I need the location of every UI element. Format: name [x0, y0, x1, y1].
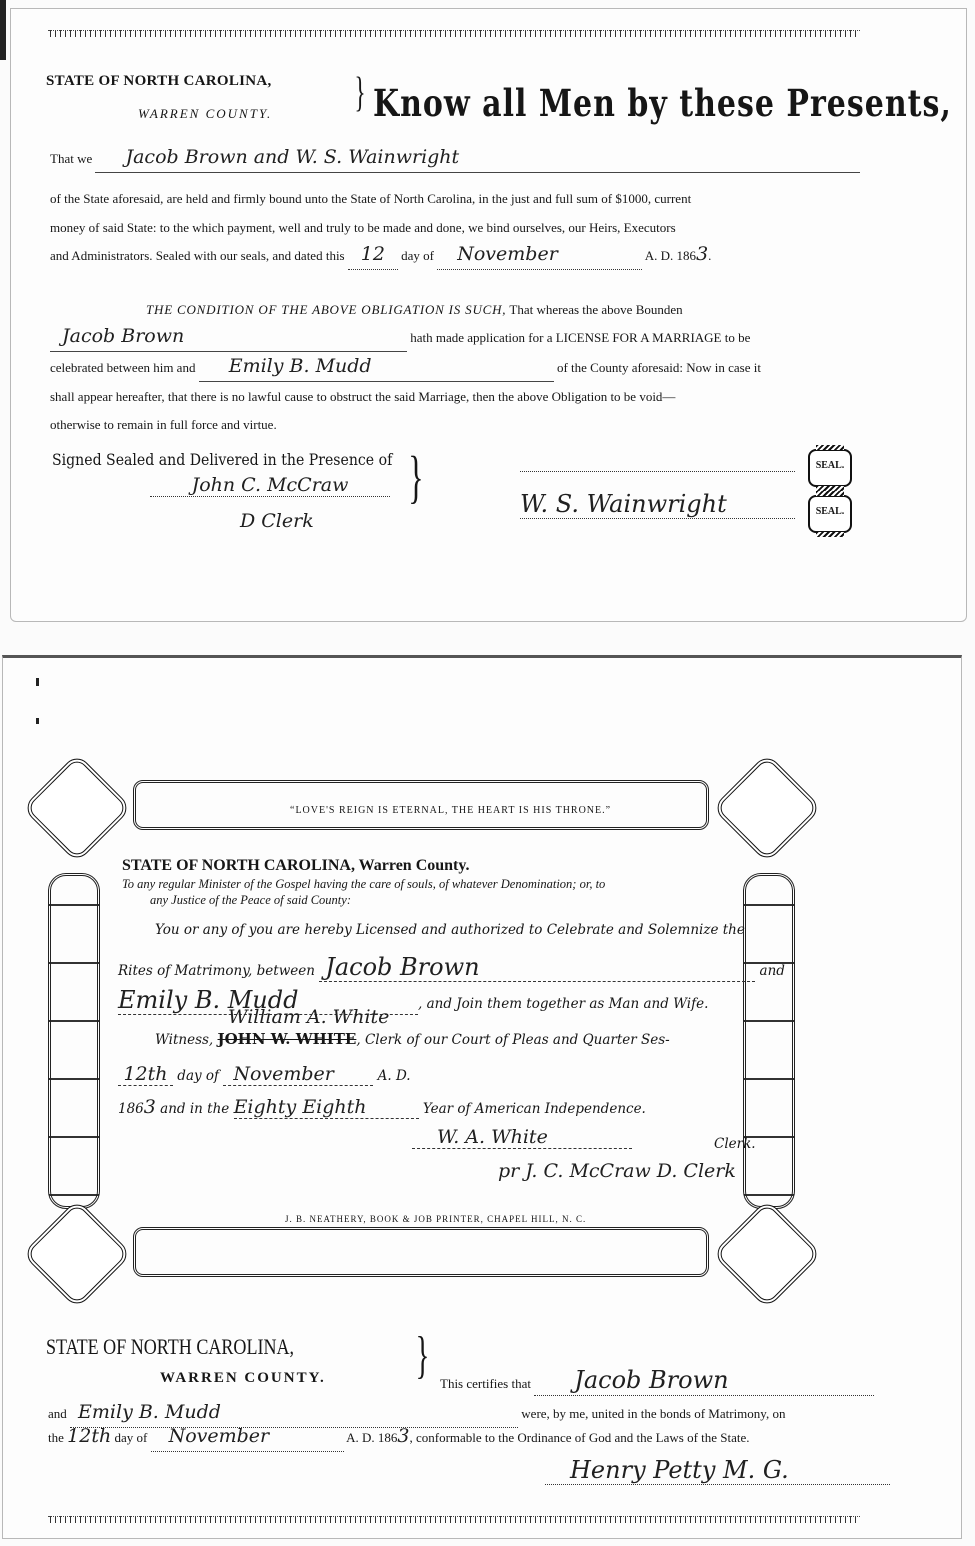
witness-label: Witness,	[155, 1032, 213, 1048]
conformable-text: , conformable to the Ordinance of God an…	[409, 1430, 749, 1445]
clerk-sig-label: Clerk.	[714, 1136, 756, 1152]
bond-line-1: of the State aforesaid, are held and fir…	[50, 184, 691, 213]
margin-marks-2	[36, 718, 39, 724]
license-witness-line: Witness, JOHN W. WHITE, Clerk of our Cou…	[155, 1030, 670, 1048]
license-rites-line: Rites of Matrimony, between Jacob Brown …	[118, 953, 785, 982]
license-sessions-line: 12th day of November A. D.	[118, 1063, 411, 1086]
seal-icon-1: SEAL.	[808, 449, 852, 487]
applicant-rest: hath made application for a LICENSE FOR …	[410, 330, 750, 345]
printer-imprint: J. B. NEATHERY, BOOK & JOB PRINTER, CHAP…	[285, 1214, 586, 1224]
margin-marks	[36, 678, 39, 686]
license-day-field[interactable]: 12th	[118, 1063, 173, 1086]
year-prefix: 186	[118, 1101, 144, 1117]
left-edge-mark	[0, 0, 6, 60]
license-year-line: 1863 and in the Eighty Eighth Year of Am…	[118, 1096, 646, 1119]
witness-title: D Clerk	[240, 510, 314, 532]
top-wavy-rule	[48, 30, 860, 37]
and-label: and	[760, 963, 785, 979]
bond-title: Know all Men by these Presents,	[373, 82, 952, 126]
independence-rest: Year of American Independence.	[423, 1101, 646, 1117]
bottom-wavy-rule	[48, 1516, 860, 1523]
cert-day-label: day of	[114, 1430, 147, 1445]
clerk-signature[interactable]: W. A. White	[412, 1126, 632, 1149]
united-label: were, by me, united in the bonds of Matr…	[521, 1406, 785, 1421]
rites-label: Rites of Matrimony, between	[118, 963, 315, 979]
frame-corner-top-left	[22, 753, 132, 863]
license-year-digit[interactable]: 3	[144, 1096, 156, 1118]
that-we-line: That we Jacob Brown and W. S. Wainwright	[50, 143, 860, 173]
bond-line-3: and Administrators. Sealed with our seal…	[50, 240, 711, 270]
clerk-rest: Clerk of our Court of Pleas and Quarter …	[365, 1032, 670, 1048]
cert-month-field[interactable]: November	[151, 1422, 344, 1452]
cert-day-field[interactable]: 12th	[67, 1425, 111, 1447]
applicant-field[interactable]: Jacob Brown	[50, 322, 407, 352]
bond-year-digit[interactable]: 3	[696, 243, 708, 265]
frame-left-scroll	[48, 873, 100, 1209]
ad-label: A. D. 186	[645, 248, 696, 263]
year-rest: and in the	[160, 1101, 229, 1117]
condition-line: THE CONDITION OF THE ABOVE OBLIGATION IS…	[146, 295, 683, 324]
join-label: , and Join them together as Man and Wife…	[418, 996, 708, 1012]
frame-bottom-band	[133, 1227, 709, 1277]
condition-caps: THE CONDITION OF THE ABOVE OBLIGATION IS…	[146, 302, 506, 317]
cert-the-label: the	[48, 1430, 64, 1445]
cert-date-line: the 12th day of November A. D. 1863, con…	[48, 1422, 750, 1452]
signature-1-line[interactable]	[520, 470, 795, 472]
independence-field[interactable]: Eighty Eighth	[234, 1096, 419, 1119]
officiant-signature[interactable]: Henry Petty M. G.	[545, 1456, 890, 1485]
license-p1: You or any of you are hereby Licensed an…	[155, 922, 745, 938]
bond-day-field[interactable]: 12	[348, 240, 398, 270]
bond-county: WARREN COUNTY.	[138, 106, 272, 122]
license-heading: STATE OF NORTH CAROLINA, Warren County.	[122, 857, 469, 875]
frame-right-scroll	[743, 873, 795, 1209]
applicant-line: Jacob Brown hath made application for a …	[50, 322, 750, 352]
virtue-line: otherwise to remain in full force and vi…	[50, 410, 277, 439]
between-rest: of the County aforesaid: Now in case it	[557, 360, 761, 375]
bond-bride-field[interactable]: Emily B. Mudd	[199, 352, 554, 382]
deputy-signature[interactable]: pr J. C. McCraw D. Clerk	[498, 1160, 736, 1182]
between-line: celebrated between him and Emily B. Mudd…	[50, 352, 761, 382]
license-ad-label: A. D.	[378, 1068, 411, 1084]
clerk-printed-name: JOHN W. WHITE	[218, 1030, 357, 1048]
condition-rest: That whereas the above Bounden	[509, 302, 682, 317]
certifies-label: This certifies that	[440, 1376, 531, 1391]
signed-brace: }	[408, 448, 423, 506]
witness-signature[interactable]: John C. McCraw	[150, 474, 390, 497]
seal-icon-2: SEAL.	[808, 495, 852, 533]
license-groom-field[interactable]: Jacob Brown	[319, 953, 755, 982]
signed-label: Signed Sealed and Delivered in the Prese…	[52, 450, 392, 469]
license-address-2: any Justice of the Peace of said County:	[150, 893, 351, 908]
cert-year-digit[interactable]: 3	[397, 1425, 409, 1447]
that-we-label: That we	[50, 151, 92, 166]
license-day-label: day of	[177, 1068, 219, 1084]
license-bride-line: Emily B. Mudd, and Join them together as…	[118, 986, 708, 1015]
signature-2-field[interactable]: W. S. Wainwright	[520, 490, 795, 519]
license-address-1: To any regular Minister of the Gospel ha…	[122, 877, 605, 892]
license-motto: “LOVE'S REIGN IS ETERNAL, THE HEART IS H…	[290, 805, 611, 816]
obligors-field[interactable]: Jacob Brown and W. S. Wainwright	[95, 143, 860, 173]
cert-state-header: STATE OF NORTH CAROLINA,	[46, 1334, 294, 1360]
cert-county: WARREN COUNTY.	[160, 1370, 326, 1387]
cert-ad-label: A. D. 186	[346, 1430, 397, 1445]
day-of-label: day of	[401, 248, 434, 263]
lawful-line: shall appear hereafter, that there is no…	[50, 382, 675, 411]
cert-brace: }	[416, 1330, 430, 1382]
cert-certifies-line: This certifies that Jacob Brown	[440, 1366, 874, 1398]
license-month-field[interactable]: November	[223, 1063, 373, 1086]
between-label: celebrated between him and	[50, 360, 195, 375]
bond-line-2: money of said State: to the which paymen…	[50, 213, 676, 242]
bond-month-field[interactable]: November	[437, 240, 642, 270]
cert-and-label: and	[48, 1406, 67, 1421]
frame-corner-bottom-left	[22, 1199, 132, 1309]
dated-label: and Administrators. Sealed with our seal…	[50, 248, 345, 263]
cert-groom-field[interactable]: Jacob Brown	[534, 1366, 874, 1396]
bond-brace: }	[355, 72, 366, 114]
bond-state-header: STATE OF NORTH CAROLINA,	[46, 73, 272, 90]
clerk-written-name: William A. White	[228, 1006, 389, 1028]
